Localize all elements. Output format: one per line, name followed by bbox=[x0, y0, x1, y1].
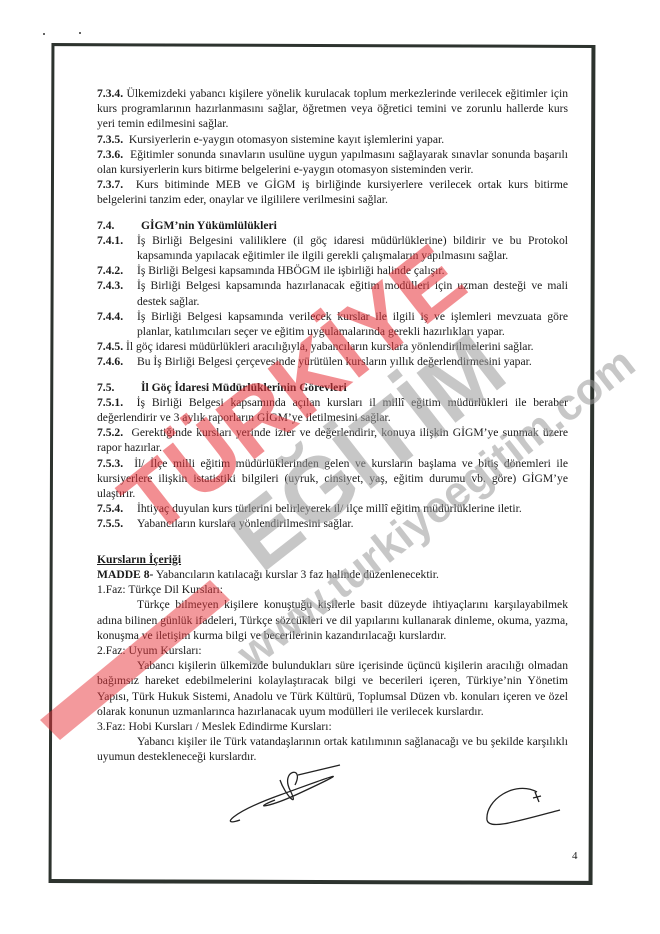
clause-7-4-1: 7.4.1.İş Birliği Belgesini valiliklere (… bbox=[97, 233, 568, 263]
article-8-heading: Kursların İçeriği bbox=[97, 552, 568, 567]
document-body: 7.3.4. Ülkemizdeki yabancı kişilere yöne… bbox=[97, 86, 568, 765]
section-heading-7-4: 7.4.GİGM’nin Yükümlülükleri bbox=[97, 218, 568, 233]
clause-7-3-4: 7.3.4. Ülkemizdeki yabancı kişilere yöne… bbox=[97, 86, 568, 132]
clause-7-5-2: 7.5.2. Gerektiğinde kursları yerinde izl… bbox=[97, 425, 568, 455]
article-8-intro: MADDE 8- Yabancıların katılacağı kurslar… bbox=[97, 567, 568, 582]
clause-7-3-5: 7.3.5. Kursiyerlerin e-yaygın otomasyon … bbox=[97, 132, 568, 147]
phase-2-text: Yabancı kişilerin ülkemizde bulundukları… bbox=[97, 658, 568, 719]
clause-7-5-4: 7.5.4.İhtiyaç duyulan kurs türlerini bel… bbox=[97, 501, 568, 516]
phase-1-title: 1.Faz: Türkçe Dil Kursları: bbox=[97, 582, 568, 597]
clause-7-4-3: 7.4.3.İş Birliği Belgesi kapsamında hazı… bbox=[97, 278, 568, 308]
page-number: 4 bbox=[572, 850, 578, 862]
clause-7-5-1: 7.5.1. İş Birliği Belgesi kapsamında açı… bbox=[97, 395, 568, 425]
clause-7-4-6: 7.4.6.Bu İş Birliği Belgesi çerçevesinde… bbox=[97, 354, 568, 369]
scan-speck bbox=[43, 33, 45, 35]
clause-7-3-6: 7.3.6. Eğitimler sonunda sınavların usul… bbox=[97, 147, 568, 177]
phase-3-title: 3.Faz: Hobi Kursları / Meslek Edindirme … bbox=[97, 719, 568, 734]
clause-7-3-7: 7.3.7. Kurs bitiminde MEB ve GİGM iş bir… bbox=[97, 177, 568, 207]
scan-speck bbox=[79, 32, 81, 34]
phase-1-text: Türkçe bilmeyen kişilere konuştuğu kişil… bbox=[97, 597, 568, 643]
phase-3-text: Yabancı kişiler ile Türk vatandaşlarının… bbox=[97, 734, 568, 764]
clause-7-5-3: 7.5.3. İl/ İlçe milli eğitim müdürlükler… bbox=[97, 456, 568, 502]
clause-7-5-5: 7.5.5.Yabancıların kurslara yönlendirilm… bbox=[97, 516, 568, 531]
clause-7-4-2: 7.4.2.İş Birliği Belgesi kapsamında HBÖG… bbox=[97, 263, 568, 278]
clause-7-4-4: 7.4.4.İş Birliği Belgesi kapsamında veri… bbox=[97, 309, 568, 339]
clause-7-4-5: 7.4.5. İl göç idaresi müdürlükleri aracı… bbox=[97, 339, 568, 354]
phase-2-title: 2.Faz: Uyum Kursları: bbox=[97, 643, 568, 658]
section-heading-7-5: 7.5.İl Göç İdaresi Müdürlüklerinin Görev… bbox=[97, 380, 568, 395]
